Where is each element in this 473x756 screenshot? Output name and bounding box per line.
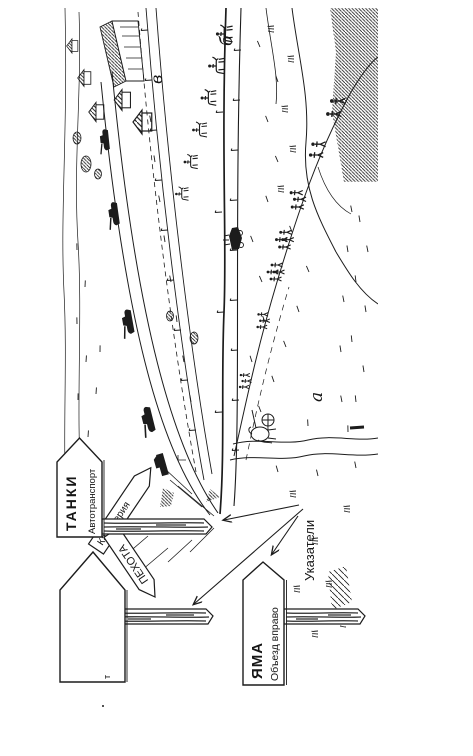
rider-icon: [201, 90, 217, 106]
house-icon: [114, 90, 130, 111]
illustration-svg: т Кавалерия ПЕХОТА: [56, 8, 378, 712]
rider-icon: [175, 187, 188, 201]
rider-icon: [192, 122, 207, 137]
rider-icon: [208, 57, 224, 74]
house-icon: [78, 70, 91, 87]
pit-sign-line2: Объезд вправо: [269, 607, 281, 681]
hatched-slope: [330, 8, 378, 182]
blank-sign-board: [60, 552, 125, 682]
house-icon: [89, 102, 104, 121]
tank-road: [101, 72, 218, 515]
road-letter-a: а: [307, 392, 327, 402]
tanks-sign-line2: Автотранспорт: [87, 468, 98, 534]
crossing-road: [230, 438, 378, 460]
stray-dot: [102, 705, 104, 707]
hatched-patch: [160, 488, 174, 507]
signposts: т Кавалерия ПЕХОТА: [57, 438, 365, 707]
tanks-sign-line1: ТАНКИ: [63, 475, 79, 532]
callout-label: Указатели: [302, 520, 317, 581]
bushes: [167, 311, 199, 344]
rider-icon: [184, 154, 198, 168]
house-icon: [67, 39, 78, 53]
arrow-to-junction-sign: [224, 505, 299, 520]
arrow-to-pit-sign: [272, 516, 298, 554]
tank-icon: [139, 406, 157, 438]
road-letter-v: в: [147, 75, 166, 84]
hatched-patch: [328, 566, 352, 610]
scanned-page: т Кавалерия ПЕХОТА: [0, 0, 473, 756]
tank-icon: [120, 309, 136, 339]
signpost-pole: [284, 609, 365, 624]
barn: [100, 21, 144, 87]
tanks-sign: ТАНКИ Автотранспорт: [57, 438, 104, 537]
tank-column: [98, 129, 168, 477]
hatched-patch: [206, 489, 220, 502]
signpost-pole: [114, 609, 213, 624]
signpost-pole: [102, 519, 212, 534]
supply-wagon: [223, 227, 244, 250]
field-mark: [350, 427, 364, 428]
road-letter-b: б: [217, 35, 237, 46]
road-b: [215, 8, 241, 514]
blank-sign-mark: т: [102, 675, 112, 679]
truck-icon: [153, 453, 169, 477]
infantry-column: [239, 98, 346, 389]
rotated-illustration: т Кавалерия ПЕХОТА: [56, 8, 378, 712]
pit-sign-line1: ЯМА: [249, 642, 266, 679]
